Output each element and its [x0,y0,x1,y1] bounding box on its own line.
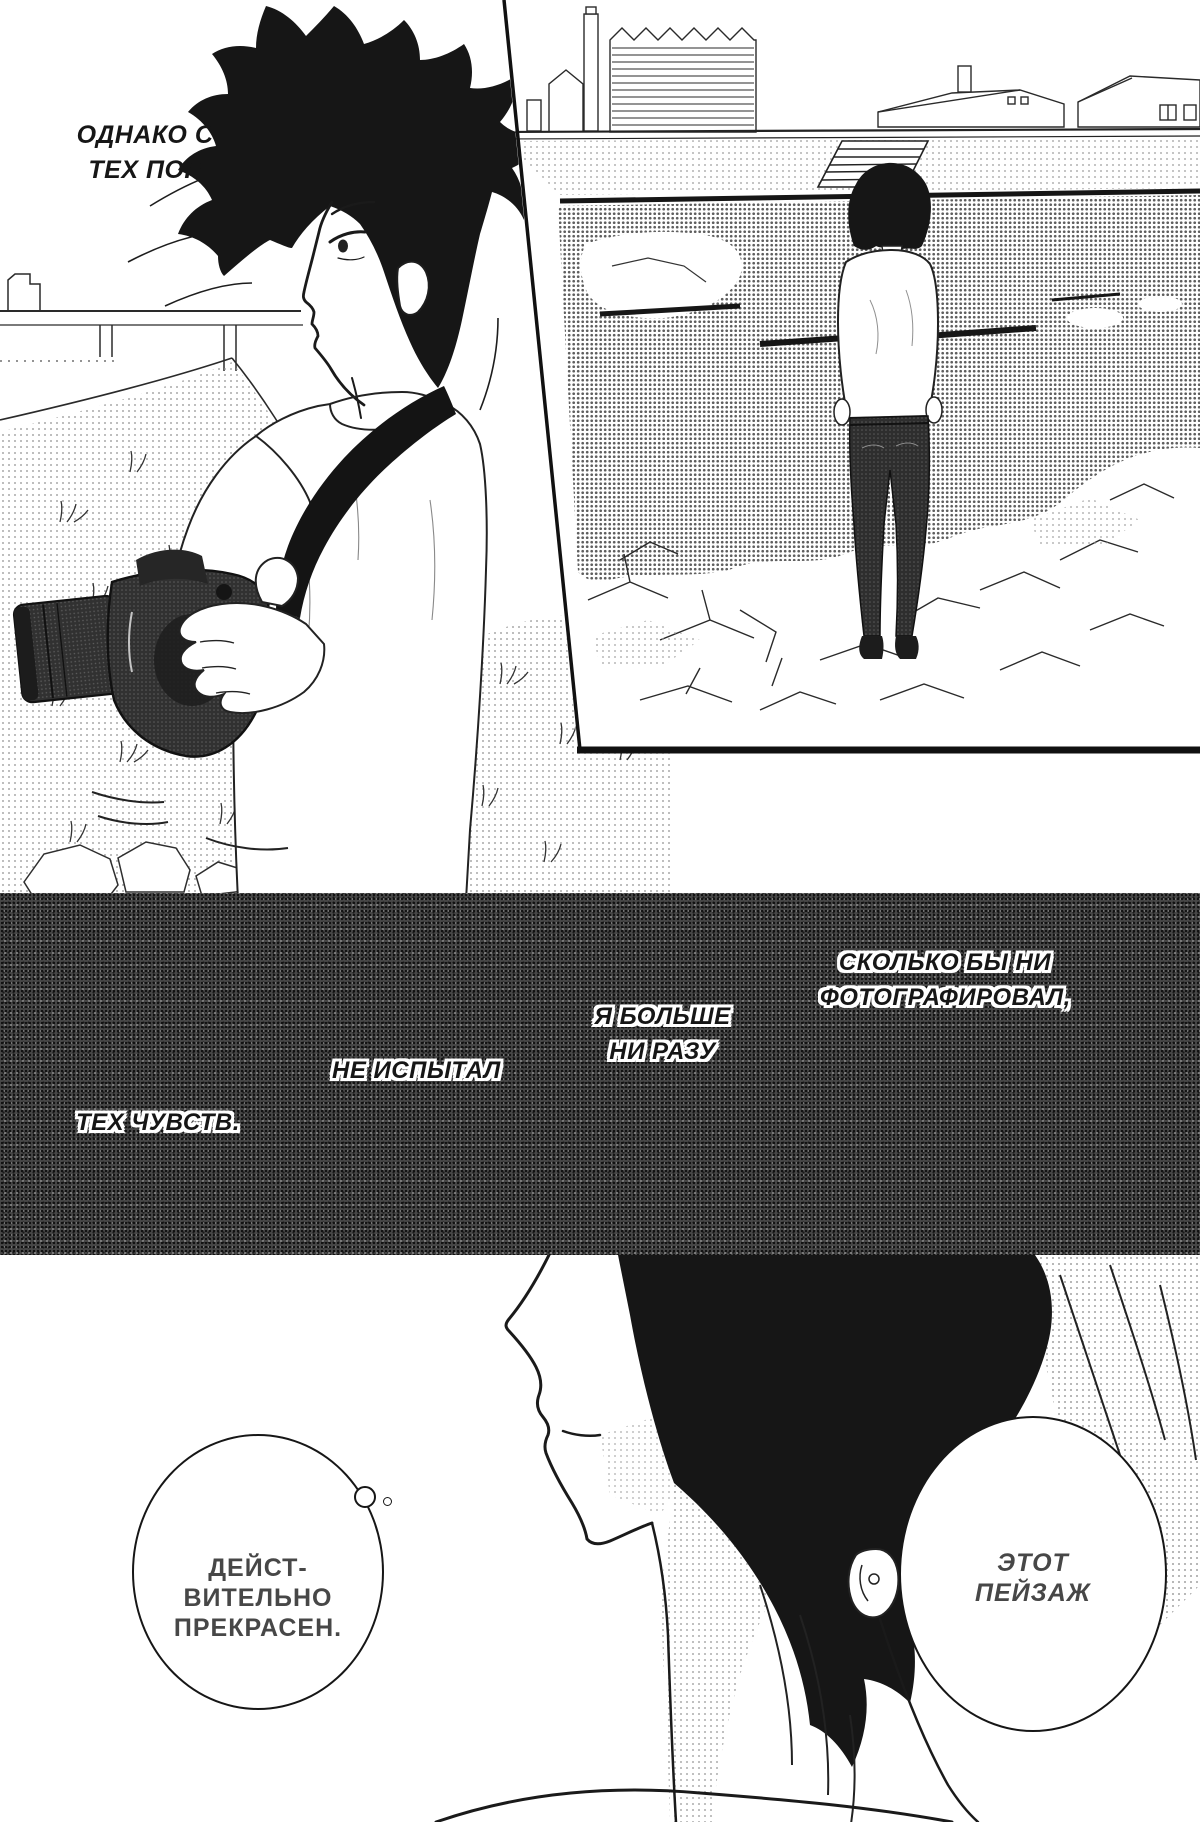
speech-text-right: ЭТОТ ПЕЙЗАЖ [975,1548,1091,1608]
speech-bubble-left: ДЕЙСТ- ВИТЕЛЬНО ПРЕКРАСЕН. [132,1434,384,1710]
bubble-trail-dot [383,1497,392,1506]
narration-line: Я БОЛЬШЕ [585,999,740,1034]
narration-line: СКОЛЬКО БЫ НИ [820,945,1070,980]
manga-page: СКОЛЬКО БЫ НИ ФОТОГРАФИРОВАЛ, Я БОЛЬШЕ Н… [0,0,1200,1822]
narration-line: ОДНАКО С [30,118,260,153]
narration-never-again: Я БОЛЬШЕ НИ РАЗУ [585,999,740,1069]
speech-bubble-right: ЭТОТ ПЕЙЗАЖ [899,1416,1167,1732]
bubble-trail-circle [354,1486,376,1508]
narration-how-much: СКОЛЬКО БЫ НИ ФОТОГРАФИРОВАЛ, [820,945,1070,1015]
narration-line: НЕ ИСПЫТАЛ [332,1053,487,1088]
speech-text-left: ДЕЙСТ- ВИТЕЛЬНО ПРЕКРАСЕН. [174,1553,342,1643]
narration-line: ТЕХ ПОР [30,153,260,188]
speech-line: ПЕЙЗАЖ [975,1578,1091,1608]
narration-not-felt: НЕ ИСПЫТАЛ [332,1053,487,1088]
speech-line: ПРЕКРАСЕН. [174,1613,342,1643]
earring-dot [869,1574,879,1584]
speech-line: ДЕЙСТ- [174,1553,342,1583]
narration-line: ФОТОГРАФИРОВАЛ, [820,980,1070,1015]
figure-shirt [838,250,938,418]
narration-line: НИ РАЗУ [585,1034,740,1069]
speech-line: ВИТЕЛЬНО [174,1583,342,1613]
narration-those-feelings: ТЕХ ЧУВСТВ. [76,1105,236,1140]
panel-riverbank [0,0,1200,760]
narration-band: СКОЛЬКО БЫ НИ ФОТОГРАФИРОВАЛ, Я БОЛЬШЕ Н… [0,893,1200,1255]
narration-top: ОДНАКО С ТЕХ ПОР [30,118,260,188]
narration-line: ТЕХ ЧУВСТВ. [76,1105,236,1140]
speech-line: ЭТОТ [975,1548,1091,1578]
